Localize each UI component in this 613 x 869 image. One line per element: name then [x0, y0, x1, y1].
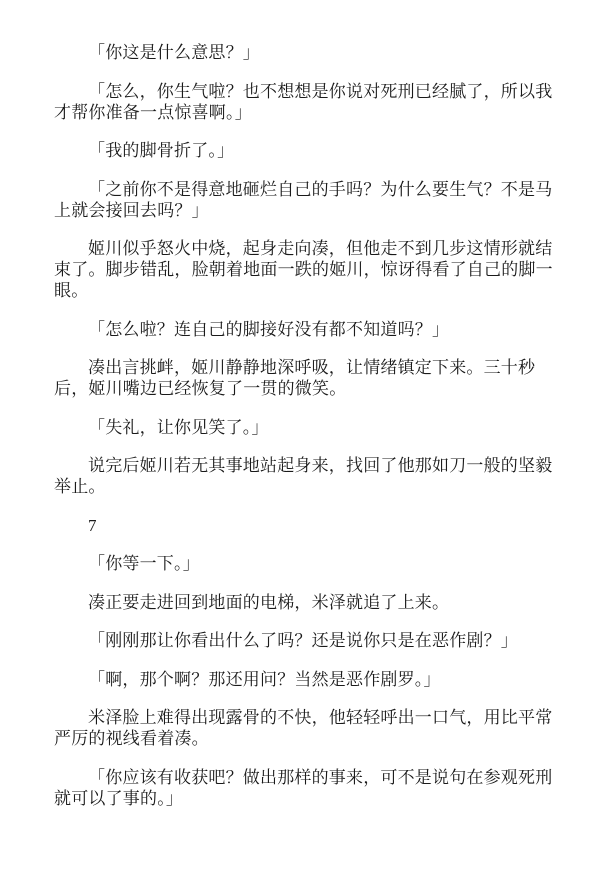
paragraph-dialogue: 「你应该有收获吧？做出那样的事来，可不是说句在参观死刑就可以了事的。」 — [54, 767, 560, 809]
text-line: 「我的脚骨折了。」 — [54, 140, 560, 161]
text-line: 凑出言挑衅，姬川静静地深呼吸，让情绪镇定下来。三十秒 — [54, 357, 560, 378]
paragraph-dialogue: 「你这是什么意思？」 — [54, 42, 560, 63]
paragraph-dialogue: 「啊，那个啊？那还用问？当然是恶作剧罗。」 — [54, 669, 560, 690]
paragraph-narration: 米泽脸上难得出现露骨的不快，他轻轻呼出一口气，用比平常严厉的视线看着凑。 — [54, 707, 560, 749]
paragraph-dialogue: 「刚刚那让你看出什么了吗？还是说你只是在恶作剧？」 — [54, 630, 560, 651]
text-line: 眼。 — [54, 280, 560, 301]
paragraph-dialogue: 「怎么啦？连自己的脚接好没有都不知道吗？」 — [54, 319, 560, 340]
text-line: 7 — [54, 515, 560, 536]
paragraph-dialogue: 「你等一下。」 — [54, 553, 560, 574]
paragraph-narration: 说完后姬川若无其事地站起身来，找回了他那如刀一般的坚毅举止。 — [54, 455, 560, 497]
paragraph-dialogue: 「怎么，你生气啦？也不想想是你说对死刑已经腻了，所以我才帮你准备一点惊喜啊。」 — [54, 81, 560, 123]
text-line: 「啊，那个啊？那还用问？当然是恶作剧罗。」 — [54, 669, 560, 690]
paragraph-dialogue: 「之前你不是得意地砸烂自己的手吗？为什么要生气？不是马上就会接回去吗？」 — [54, 179, 560, 221]
paragraph-narration: 凑出言挑衅，姬川静静地深呼吸，让情绪镇定下来。三十秒后，姬川嘴边已经恢复了一贯的… — [54, 357, 560, 399]
text-line: 「你应该有收获吧？做出那样的事来，可不是说句在参观死刑 — [54, 767, 560, 788]
book-page: 「你这是什么意思？」「怎么，你生气啦？也不想想是你说对死刑已经腻了，所以我才帮你… — [0, 0, 613, 869]
text-line: 严厉的视线看着凑。 — [54, 728, 560, 749]
paragraph-narration: 凑正要走进回到地面的电梯，米泽就追了上来。 — [54, 592, 560, 613]
text-line: 举止。 — [54, 476, 560, 497]
paragraph-dialogue: 「我的脚骨折了。」 — [54, 140, 560, 161]
text-line: 「刚刚那让你看出什么了吗？还是说你只是在恶作剧？」 — [54, 630, 560, 651]
text-line: 米泽脸上难得出现露骨的不快，他轻轻呼出一口气，用比平常 — [54, 707, 560, 728]
page-text: 「你这是什么意思？」「怎么，你生气啦？也不想想是你说对死刑已经腻了，所以我才帮你… — [54, 42, 560, 826]
text-line: 「你这是什么意思？」 — [54, 42, 560, 63]
text-line: 上就会接回去吗？」 — [54, 200, 560, 221]
text-line: 「你等一下。」 — [54, 553, 560, 574]
text-line: 束了。脚步错乱，脸朝着地面一跌的姬川，惊讶得看了自己的脚一 — [54, 259, 560, 280]
text-line: 才帮你准备一点惊喜啊。」 — [54, 102, 560, 123]
text-line: 「失礼，让你见笑了。」 — [54, 417, 560, 438]
text-line: 后，姬川嘴边已经恢复了一贯的微笑。 — [54, 378, 560, 399]
section-number: 7 — [54, 515, 560, 536]
text-line: 「之前你不是得意地砸烂自己的手吗？为什么要生气？不是马 — [54, 179, 560, 200]
text-line: 姬川似乎怒火中烧，起身走向凑，但他走不到几步这情形就结 — [54, 238, 560, 259]
paragraph-narration: 姬川似乎怒火中烧，起身走向凑，但他走不到几步这情形就结束了。脚步错乱，脸朝着地面… — [54, 238, 560, 301]
paragraph-dialogue: 「失礼，让你见笑了。」 — [54, 417, 560, 438]
text-line: 就可以了事的。」 — [54, 788, 560, 809]
text-line: 「怎么，你生气啦？也不想想是你说对死刑已经腻了，所以我 — [54, 81, 560, 102]
text-line: 说完后姬川若无其事地站起身来，找回了他那如刀一般的坚毅 — [54, 455, 560, 476]
text-line: 凑正要走进回到地面的电梯，米泽就追了上来。 — [54, 592, 560, 613]
text-line: 「怎么啦？连自己的脚接好没有都不知道吗？」 — [54, 319, 560, 340]
